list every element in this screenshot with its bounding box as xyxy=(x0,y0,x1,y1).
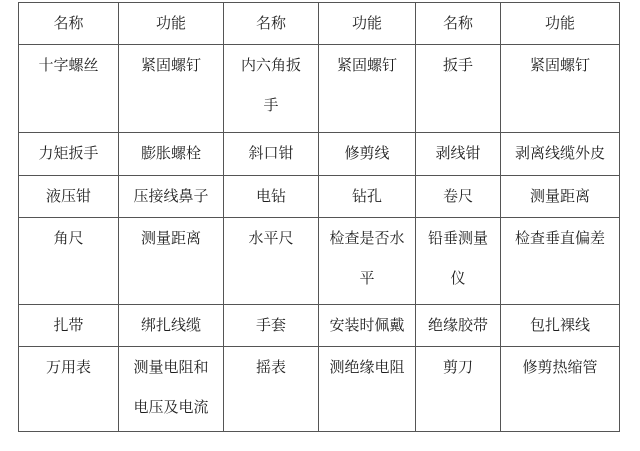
table-cell: 包扎裸线 xyxy=(501,305,620,347)
table-cell: 摇表 xyxy=(224,347,319,432)
table-cell: 手套 xyxy=(224,305,319,347)
table-cell: 斜口钳 xyxy=(224,133,319,176)
table-cell: 绝缘胶带 xyxy=(416,305,501,347)
table-header-cell: 功能 xyxy=(501,3,620,45)
table-cell: 内六角扳 手 xyxy=(224,45,319,133)
table-cell: 万用表 xyxy=(19,347,119,432)
table-cell: 测量距离 xyxy=(501,176,620,218)
table-cell: 剪刀 xyxy=(416,347,501,432)
table-cell: 角尺 xyxy=(19,218,119,305)
table-cell: 压接线鼻子 xyxy=(119,176,224,218)
table-row: 力矩扳手 膨胀螺栓 斜口钳 修剪线 剥线钳 剥离线缆外皮 xyxy=(19,133,620,176)
table-header-cell: 名称 xyxy=(416,3,501,45)
table-cell: 紧固螺钉 xyxy=(501,45,620,133)
table-cell: 紧固螺钉 xyxy=(319,45,416,133)
table-row: 扎带 绑扎线缆 手套 安装时佩戴 绝缘胶带 包扎裸线 xyxy=(19,305,620,347)
table-cell: 卷尺 xyxy=(416,176,501,218)
table-cell: 测绝缘电阻 xyxy=(319,347,416,432)
table-row: 液压钳 压接线鼻子 电钻 钻孔 卷尺 测量距离 xyxy=(19,176,620,218)
tools-table: 名称 功能 名称 功能 名称 功能 十字螺丝 紧固螺钉 内六角扳 手 紧固螺钉 … xyxy=(18,2,620,432)
table-cell: 铅垂测量 仪 xyxy=(416,218,501,305)
table-cell: 修剪热缩管 xyxy=(501,347,620,432)
table-cell: 测量距离 xyxy=(119,218,224,305)
page: 名称 功能 名称 功能 名称 功能 十字螺丝 紧固螺钉 内六角扳 手 紧固螺钉 … xyxy=(0,0,640,451)
table-cell: 紧固螺钉 xyxy=(119,45,224,133)
table-header-cell: 功能 xyxy=(119,3,224,45)
table-cell: 安装时佩戴 xyxy=(319,305,416,347)
table-cell: 修剪线 xyxy=(319,133,416,176)
table-cell: 检查垂直偏差 xyxy=(501,218,620,305)
table-row: 十字螺丝 紧固螺钉 内六角扳 手 紧固螺钉 扳手 紧固螺钉 xyxy=(19,45,620,133)
table-cell: 膨胀螺栓 xyxy=(119,133,224,176)
table-cell: 扎带 xyxy=(19,305,119,347)
table-cell: 剥线钳 xyxy=(416,133,501,176)
table-cell: 剥离线缆外皮 xyxy=(501,133,620,176)
table-cell: 绑扎线缆 xyxy=(119,305,224,347)
table-row: 角尺 测量距离 水平尺 检查是否水 平 铅垂测量 仪 检查垂直偏差 xyxy=(19,218,620,305)
table-cell: 扳手 xyxy=(416,45,501,133)
table-cell: 钻孔 xyxy=(319,176,416,218)
table-cell: 测量电阻和 电压及电流 xyxy=(119,347,224,432)
header-row: 名称 功能 名称 功能 名称 功能 xyxy=(19,3,620,45)
table-header-cell: 功能 xyxy=(319,3,416,45)
table-header-cell: 名称 xyxy=(19,3,119,45)
table-header-cell: 名称 xyxy=(224,3,319,45)
table-row: 万用表 测量电阻和 电压及电流 摇表 测绝缘电阻 剪刀 修剪热缩管 xyxy=(19,347,620,432)
table-cell: 十字螺丝 xyxy=(19,45,119,133)
table-cell: 水平尺 xyxy=(224,218,319,305)
table-cell: 电钻 xyxy=(224,176,319,218)
table-cell: 检查是否水 平 xyxy=(319,218,416,305)
table-cell: 液压钳 xyxy=(19,176,119,218)
table-cell: 力矩扳手 xyxy=(19,133,119,176)
